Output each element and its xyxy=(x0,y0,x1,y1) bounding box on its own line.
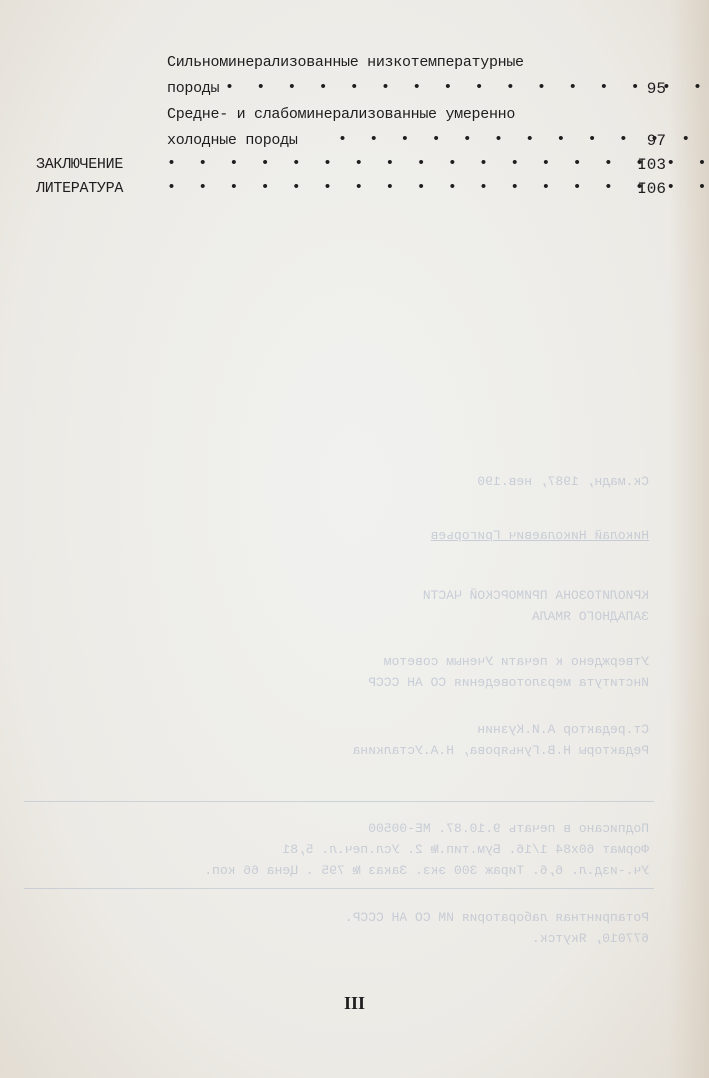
toc-entry-title: Средне- и слабоминерализованные умеренно xyxy=(167,105,515,125)
toc-page-number: 95 xyxy=(606,79,666,99)
toc-entry-title: Сильноминерализованные низкотемпературны… xyxy=(167,53,524,73)
toc-entry-title: ЛИТЕРАТУРА xyxy=(36,179,123,199)
toc-page-number: 97 xyxy=(606,131,666,151)
toc-entry-title: породы xyxy=(167,79,219,99)
toc-entry-title: холодные породы xyxy=(167,131,298,151)
toc-page-number: I03 xyxy=(606,155,666,175)
toc-entry-title: ЗАКЛЮЧЕНИЕ xyxy=(36,155,123,175)
toc-page-number: I06 xyxy=(606,179,666,199)
page-number: III xyxy=(0,993,709,1014)
